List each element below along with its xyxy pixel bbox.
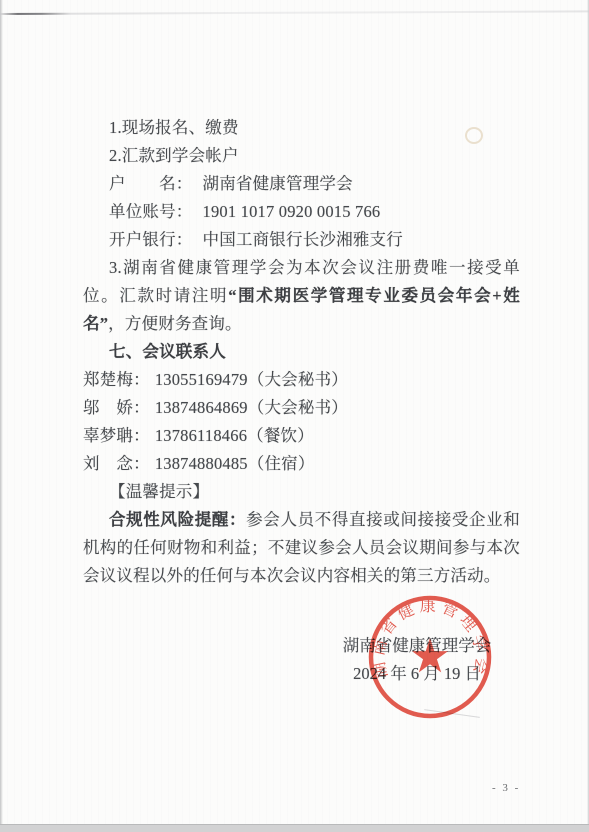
contact-row: 刘 念：13874880485（住宿） — [83, 450, 520, 478]
scan-edge-bottom — [0, 824, 589, 832]
contact-name: 邬 娇： — [83, 398, 150, 417]
contact-role: （大会秘书） — [248, 370, 348, 389]
tips-heading: 【温馨提示】 — [83, 478, 520, 506]
scan-smudge-line — [424, 709, 480, 718]
tips-lead: 合规性风险提醒： — [109, 510, 246, 529]
contact-row: 邬 娇：13874864869（大会秘书） — [83, 394, 520, 422]
contact-phone: 13874880485 — [155, 454, 248, 473]
signature-block: 湖南省健康管理学会 2024 年 6 月 19 日 — [340, 632, 494, 688]
contact-role: （住宿） — [248, 454, 315, 473]
payment-note-tail: ，方便财务查询。 — [108, 314, 242, 333]
account-bank-label: 开户银行： — [109, 230, 193, 249]
contact-phone: 13786118466 — [155, 426, 247, 445]
signature-organization: 湖南省健康管理学会 — [340, 632, 494, 660]
contact-row: 郑楚梅：13055169479（大会秘书） — [83, 366, 520, 394]
account-number-value: 1901 1017 0920 0015 766 — [203, 202, 381, 221]
contact-name: 郑楚梅： — [83, 370, 150, 389]
account-row-number: 单位账号：1901 1017 0920 0015 766 — [83, 198, 520, 226]
contact-phone: 13874864869 — [155, 398, 248, 417]
contact-name: 辜梦聃： — [83, 426, 150, 445]
document-body: 1.现场报名、缴费 2.汇款到学会帐户 户 名：湖南省健康管理学会 单位账号：1… — [83, 114, 520, 590]
signature-date: 2024 年 6 月 19 日 — [340, 660, 494, 688]
account-holder-value: 湖南省健康管理学会 — [203, 174, 353, 193]
account-row-bank: 开户银行：中国工商银行长沙湘雅支行 — [83, 226, 520, 254]
scanned-document-page: 1.现场报名、缴费 2.汇款到学会帐户 户 名：湖南省健康管理学会 单位账号：1… — [0, 0, 589, 832]
contacts-section-heading: 七、会议联系人 — [83, 338, 520, 366]
registration-method-1: 1.现场报名、缴费 — [83, 114, 520, 142]
tips-paragraph: 合规性风险提醒：参会人员不得直接或间接接受企业和机构的任何财物和利益；不建议参会… — [83, 506, 520, 590]
contact-role: （餐饮） — [247, 426, 314, 445]
scan-fold-line — [0, 10, 589, 15]
account-number-label: 单位账号： — [109, 202, 193, 221]
contact-row: 辜梦聃：13786118466（餐饮） — [83, 422, 520, 450]
contact-phone: 13055169479 — [155, 370, 248, 389]
account-row-holder: 户 名：湖南省健康管理学会 — [83, 170, 520, 198]
account-bank-value: 中国工商银行长沙湘雅支行 — [203, 230, 403, 249]
contact-name: 刘 念： — [83, 454, 150, 473]
contact-role: （大会秘书） — [248, 398, 348, 417]
scan-edge-left — [0, 0, 3, 832]
account-holder-label: 户 名： — [109, 174, 193, 193]
payment-note-paragraph: 3.湖南省健康管理学会为本次会议注册费唯一接受单位。汇款时请注明“围术期医学管理… — [83, 254, 520, 338]
page-number: - 3 - — [492, 782, 520, 794]
registration-method-2: 2.汇款到学会帐户 — [83, 142, 520, 170]
